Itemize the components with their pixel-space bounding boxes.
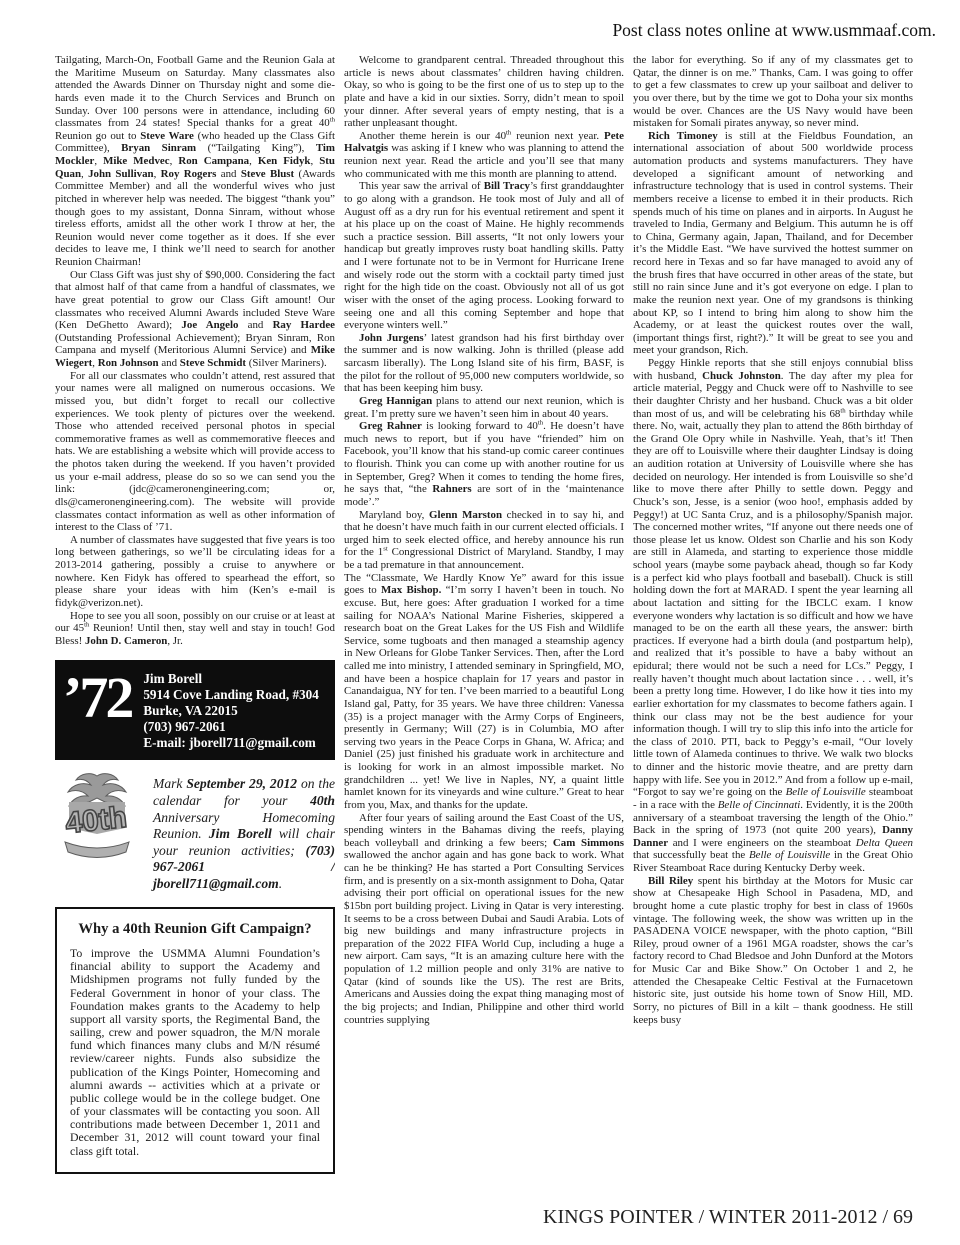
paragraph: Our Class Gift was just shy of $90,000. … (55, 269, 335, 370)
class-72-header-box: ’72 Jim Borell 5914 Cove Landing Road, #… (55, 660, 335, 760)
text-run: and (238, 319, 272, 331)
text-run: (Silver Mariners). (246, 357, 327, 369)
paragraph: After four years of sailing around the E… (344, 812, 624, 1027)
text-run: September 29, 2012 (186, 776, 297, 791)
gift-campaign-body: To improve the USMMA Alumni Foundation’s… (70, 947, 320, 1158)
text-run: and (216, 168, 240, 180)
text-run: Delta Queen (856, 837, 913, 849)
text-run: John Jurgens (359, 332, 424, 344)
text-run: spent his birthday at the Motors for Mus… (633, 875, 913, 1026)
paragraph: Hope to see you all soon, possibly on ou… (55, 610, 335, 648)
text-run: and (159, 357, 180, 369)
paragraph: Rich Timoney is still at the Fieldbus Fo… (633, 130, 913, 357)
text-run: that successfully beat the (633, 849, 749, 861)
text-run: Greg Hannigan (359, 395, 432, 407)
text-run: . (279, 876, 282, 891)
text-run: Rich Timoney (648, 130, 718, 142)
text-run: Roy Rogers (161, 168, 217, 180)
text-run: , Jr. (167, 635, 182, 647)
class-72-contact: Jim Borell 5914 Cove Landing Road, #304 … (143, 669, 319, 751)
text-run: and I were engineers on the steamboat (668, 837, 856, 849)
paragraph: Welcome to grandparent central. Threaded… (344, 54, 624, 130)
paragraph: John Jurgens’ latest grandson had his fi… (344, 332, 624, 395)
contact-name: Jim Borell (143, 671, 319, 687)
text-run: , (94, 155, 103, 167)
text-run: Steve Schmidt (180, 357, 246, 369)
40th-anniversary-emblem-icon: 40th (55, 772, 139, 864)
paragraph: For all our classmates who couldn’t atte… (55, 370, 335, 534)
text-run: John Sullivan (88, 168, 153, 180)
text-run: Chuck Johnston (702, 370, 781, 382)
class-notes-column-2: Welcome to grandparent central. Threaded… (344, 54, 624, 1026)
text-run: Cam Simmons (553, 837, 624, 849)
text-run: Rahners (432, 483, 471, 495)
paragraph: Maryland boy, Glenn Marston checked in t… (344, 509, 624, 572)
class-year-72: ’72 (63, 669, 131, 724)
text-run: Max Bishop. (381, 584, 441, 596)
text-run: This year saw the arrival of (359, 180, 484, 192)
text-run: A number of classmates have suggested th… (55, 534, 335, 609)
text-run: John D. Cameron (85, 635, 167, 647)
text-run: Greg Rahner (359, 420, 422, 432)
paragraph: the labor for everything. So if any of m… (633, 54, 913, 130)
emblem-40th-text: 40th (64, 801, 129, 840)
gift-campaign-box: Why a 40th Reunion Gift Campaign? To imp… (55, 907, 335, 1174)
text-run: Bryan Sinram (121, 142, 196, 154)
text-run: reunion next year. (511, 130, 604, 142)
text-run: Glenn Marston (429, 509, 502, 521)
page-footer: KINGS POINTER / WINTER 2011-2012 / 69 (543, 1206, 913, 1229)
text-run: “I’m sorry I haven’t been in touch. No e… (344, 584, 624, 811)
text-run: Reunion go out to (55, 130, 140, 142)
contact-phone: (703) 967-2061 (143, 719, 319, 735)
text-run: Welcome to grandparent central. Threaded… (344, 54, 624, 129)
text-run: th (330, 117, 335, 124)
text-run: Steve Blust (241, 168, 294, 180)
reunion-notice: 40th Mark September 29, 2012 on the cale… (55, 772, 335, 892)
page-body: Tailgating, March-On, Football Game and … (55, 54, 913, 1174)
column-3: the labor for everything. So if any of m… (633, 54, 913, 1174)
text-run: Ken Fidyk (258, 155, 311, 167)
text-run: Ron Johnson (98, 357, 159, 369)
paragraph: A number of classmates have suggested th… (55, 534, 335, 610)
class-notes-column-3: the labor for everything. So if any of m… (633, 54, 913, 1026)
text-run: Ron Campana (178, 155, 249, 167)
text-run: Another theme herein is our 40 (359, 130, 506, 142)
contact-city: Burke, VA 22015 (143, 703, 319, 719)
paragraph: The “Classmate, We Hardly Know Ye” award… (344, 572, 624, 812)
text-run: ’s first granddaughter to go along with … (344, 180, 624, 331)
text-run: (Awards Committee Member) and all the wo… (55, 168, 335, 268)
text-run: birthday while there. No, wait, actually… (633, 408, 913, 799)
text-run: is still at the Fieldbus Foundation, an … (633, 130, 913, 357)
post-notes-banner: Post class notes online at www.usmmaaf.c… (612, 20, 936, 41)
paragraph: Tailgating, March-On, Football Game and … (55, 54, 335, 269)
reunion-note-text: Mark September 29, 2012 on the calendar … (153, 772, 335, 892)
gift-campaign-title: Why a 40th Reunion Gift Campaign? (70, 923, 320, 936)
text-run: Maryland boy, (359, 509, 429, 521)
text-run: Belle of Cincinnati (718, 799, 801, 811)
contact-email: E-mail: jborell711@gmail.com (143, 735, 319, 751)
class-71-notes: Tailgating, March-On, Football Game and … (55, 54, 335, 647)
column-2: Welcome to grandparent central. Threaded… (344, 54, 624, 1174)
contact-address: 5914 Cove Landing Road, #304 (143, 687, 319, 703)
text-run: Bill Riley (648, 875, 693, 887)
text-run: Ray Hardee (273, 319, 335, 331)
text-run: For all our classmates who couldn’t atte… (55, 370, 335, 534)
paragraph: Greg Rahner is looking forward to 40th. … (344, 420, 624, 508)
paragraph: Greg Hannigan plans to attend our next r… (344, 395, 624, 420)
text-run: 40th (310, 793, 335, 808)
paragraph: Bill Riley spent his birthday at the Mot… (633, 875, 913, 1027)
text-run: the labor for everything. So if any of m… (633, 54, 913, 129)
text-run: Bill Tracy (484, 180, 530, 192)
text-run: (Outstanding Professional Achievement); … (55, 332, 335, 357)
text-run: is looking forward to 40 (422, 420, 538, 432)
text-run: Belle of Louisville (786, 786, 866, 798)
paragraph: This year saw the arrival of Bill Tracy’… (344, 180, 624, 332)
text-run: Joe Angelo (181, 319, 238, 331)
text-run: , (154, 168, 161, 180)
text-run: Belle of Louisville (749, 849, 830, 861)
text-run: Mike Medvec (103, 155, 170, 167)
text-run: Tailgating, March-On, Football Game and … (55, 54, 335, 129)
text-run: swallowed the anchor again and has gone … (344, 849, 624, 1025)
text-run: Jim Borell (209, 826, 272, 841)
column-1: Tailgating, March-On, Football Game and … (55, 54, 335, 1174)
text-run: , (310, 155, 319, 167)
paragraph: Peggy Hinkle reports that she still enjo… (633, 357, 913, 875)
text-run: (“Tailgating King”), (196, 142, 316, 154)
paragraph: Another theme herein is our 40th reunion… (344, 130, 624, 181)
text-run: , (249, 155, 258, 167)
text-run: Mark (153, 776, 186, 791)
text-run: Steve Ware (140, 130, 194, 142)
